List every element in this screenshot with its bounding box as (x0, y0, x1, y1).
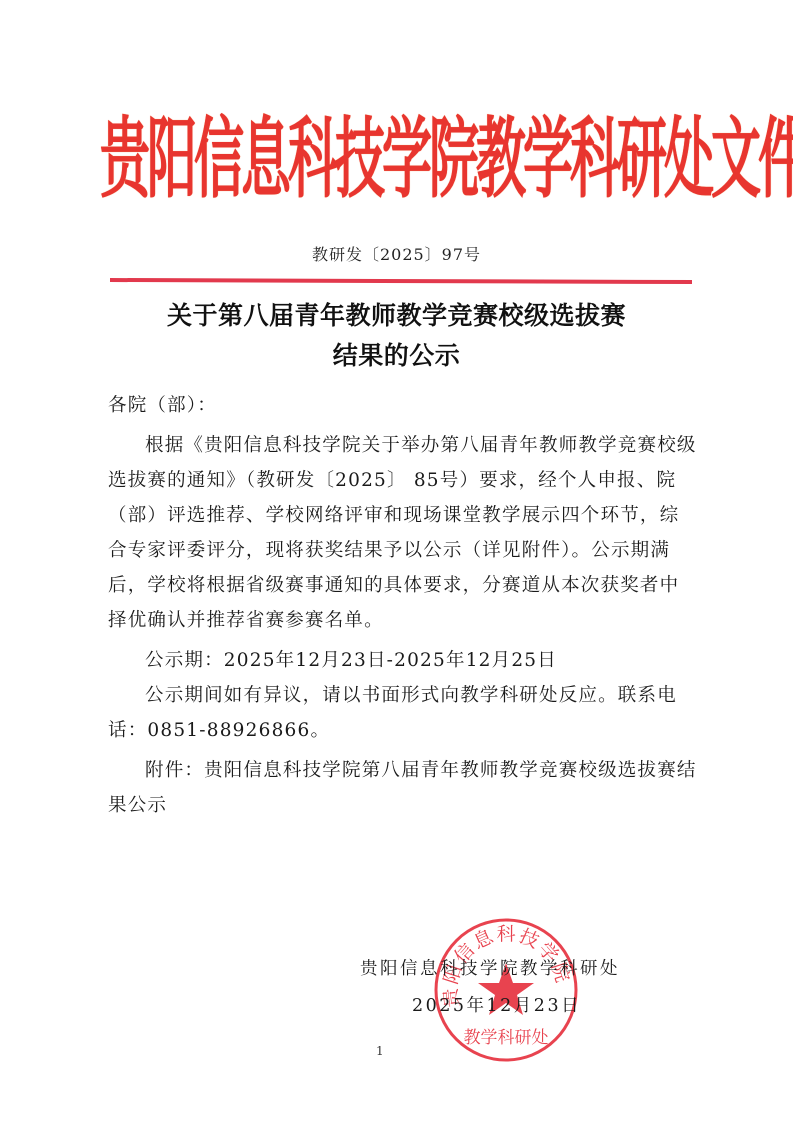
svg-text:教学科研处: 教学科研处 (464, 1028, 549, 1048)
masthead-title: 贵阳信息科技学院教学科研处文件 (100, 63, 700, 256)
page-number: 1 (376, 1044, 384, 1058)
title-line-1: 关于第八届青年教师教学竞赛校级选拔赛 (0, 296, 793, 336)
document-number: 教研发〔2025〕97号 (0, 242, 793, 265)
signature-organization: 贵阳信息科技学院教学科研处 (360, 955, 620, 980)
paragraph-period: 公示期：2025年12月23日-2025年12月25日 (108, 643, 698, 678)
red-rule-divider (110, 278, 692, 284)
paragraph-attachment: 附件：贵阳信息科技学院第八届青年教师教学竞赛校级选拔赛结果公示 (108, 753, 698, 823)
salutation: 各院（部）： (108, 388, 698, 423)
document-body: 各院（部）： 根据《贵阳信息科技学院关于举办第八届青年教师教学竞赛校级选拔赛的通… (108, 388, 698, 823)
paragraph-main: 根据《贵阳信息科技学院关于举办第八届青年教师教学竞赛校级选拔赛的通知》（教研发〔… (108, 428, 698, 638)
signature-date: 2025年12月23日 (412, 992, 620, 1017)
title-line-2: 结果的公示 (0, 336, 793, 376)
document-title: 关于第八届青年教师教学竞赛校级选拔赛 结果的公示 (0, 296, 793, 376)
paragraph-objection: 公示期间如有异议，请以书面形式向教学科研处反应。联系电话：0851-889268… (108, 678, 698, 748)
document-page: 贵阳信息科技学院教学科研处文件 教研发〔2025〕97号 关于第八届青年教师教学… (0, 0, 793, 1122)
signature-block: 贵阳信息科技学院教学科研处 2025年12月23日 (360, 955, 620, 1017)
